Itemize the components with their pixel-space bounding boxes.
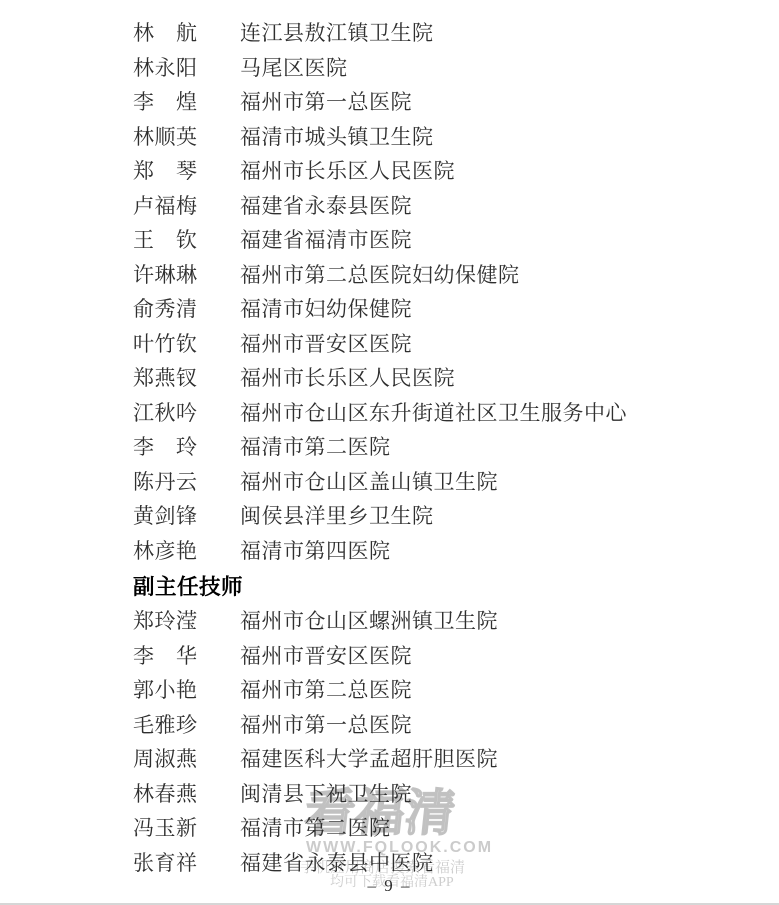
organization-name: 福州市第一总医院 [240, 709, 412, 739]
roster-row: 周淑燕 福建医科大学孟超肝胆医院 [0, 741, 779, 776]
roster-row: 叶竹钦 福州市晋安区医院 [0, 326, 779, 361]
organization-name: 福建省福清市医院 [240, 224, 412, 254]
roster-row: 郑燕钗 福州市长乐区人民医院 [0, 360, 779, 395]
organization-name: 福清市城头镇卫生院 [240, 121, 434, 151]
organization-name: 福州市仓山区东升街道社区卫生服务中心 [240, 397, 627, 427]
roster-row: 林顺英 福清市城头镇卫生院 [0, 119, 779, 154]
roster-row: 林彦艳 福清市第四医院 [0, 533, 779, 568]
organization-name: 福建医科大学孟超肝胆医院 [240, 743, 498, 773]
roster-row: 王 钦 福建省福清市医院 [0, 222, 779, 257]
roster-row: 江秋吟 福州市仓山区东升街道社区卫生服务中心 [0, 395, 779, 430]
organization-name: 福州市仓山区螺洲镇卫生院 [240, 605, 498, 635]
roster-row: 张育祥 福建省永泰县中医院 [0, 845, 779, 880]
person-name: 林顺英 [133, 121, 240, 151]
person-name: 郭小艳 [133, 674, 240, 704]
person-name: 张育祥 [133, 847, 240, 877]
roster-row: 毛雅珍 福州市第一总医院 [0, 707, 779, 742]
organization-name: 福州市第一总医院 [240, 86, 412, 116]
organization-name: 福建省永泰县医院 [240, 190, 412, 220]
person-name: 郑 琴 [133, 155, 240, 185]
roster-row: 郑 琴 福州市长乐区人民医院 [0, 153, 779, 188]
roster-row: 林 航 连江县敖江镇卫生院 [0, 15, 779, 50]
person-name: 郑燕钗 [133, 362, 240, 392]
person-name: 黄剑锋 [133, 500, 240, 530]
organization-name: 福清市第四医院 [240, 535, 391, 565]
person-name: 陈丹云 [133, 466, 240, 496]
organization-name: 闽侯县洋里乡卫生院 [240, 500, 434, 530]
roster-row: 黄剑锋 闽侯县洋里乡卫生院 [0, 498, 779, 533]
roster-row: 李 煌 福州市第一总医院 [0, 84, 779, 119]
organization-name: 福清市第二医院 [240, 431, 391, 461]
section-heading: 副主任技师 [133, 570, 243, 601]
organization-name: 福州市长乐区人民医院 [240, 362, 455, 392]
person-name: 李 华 [133, 640, 240, 670]
roster-row: 冯玉新 福清市第二医院 [0, 810, 779, 845]
roster-row: 卢福梅 福建省永泰县医院 [0, 188, 779, 223]
organization-name: 连江县敖江镇卫生院 [240, 17, 434, 47]
person-name: 卢福梅 [133, 190, 240, 220]
organization-name: 福州市第二总医院 [240, 674, 412, 704]
roster-row: 林永阳 马尾区医院 [0, 50, 779, 85]
person-name: 林永阳 [133, 52, 240, 82]
roster-row: 许琳琳 福州市第二总医院妇幼保健院 [0, 257, 779, 292]
person-name: 林彦艳 [133, 535, 240, 565]
person-name: 俞秀清 [133, 293, 240, 323]
person-name: 毛雅珍 [133, 709, 240, 739]
organization-name: 福州市长乐区人民医院 [240, 155, 455, 185]
roster-row: 郭小艳 福州市第二总医院 [0, 672, 779, 707]
page-number: – 9 – [0, 876, 779, 896]
organization-name: 福州市第二总医院妇幼保健院 [240, 259, 520, 289]
roster-row: 林春燕 闽清县下祝卫生院 [0, 776, 779, 811]
person-name: 王 钦 [133, 224, 240, 254]
organization-name: 福清市妇幼保健院 [240, 293, 412, 323]
person-name: 林春燕 [133, 778, 240, 808]
organization-name: 福建省永泰县中医院 [240, 847, 434, 877]
person-name: 林 航 [133, 17, 240, 47]
organization-name: 福州市晋安区医院 [240, 328, 412, 358]
section-heading-row: 副主任技师 [0, 567, 779, 603]
person-name: 郑玲滢 [133, 605, 240, 635]
person-name: 许琳琳 [133, 259, 240, 289]
roster-row: 李 玲 福清市第二医院 [0, 429, 779, 464]
roster-row: 李 华 福州市晋安区医院 [0, 638, 779, 673]
organization-name: 福清市第二医院 [240, 812, 391, 842]
organization-name: 福州市仓山区盖山镇卫生院 [240, 466, 498, 496]
roster-row: 俞秀清 福清市妇幼保健院 [0, 291, 779, 326]
person-name: 李 玲 [133, 431, 240, 461]
roster-row: 郑玲滢 福州市仓山区螺洲镇卫生院 [0, 603, 779, 638]
person-name: 冯玉新 [133, 812, 240, 842]
person-name: 叶竹钦 [133, 328, 240, 358]
organization-name: 福州市晋安区医院 [240, 640, 412, 670]
organization-name: 马尾区医院 [240, 52, 348, 82]
person-name: 江秋吟 [133, 397, 240, 427]
person-name: 李 煌 [133, 86, 240, 116]
person-name: 周淑燕 [133, 743, 240, 773]
document-page: 林 航 连江县敖江镇卫生院 林永阳 马尾区医院 李 煌 福州市第一总医院 林顺英… [0, 0, 779, 905]
organization-name: 闽清县下祝卫生院 [240, 778, 412, 808]
roster-list: 林 航 连江县敖江镇卫生院 林永阳 马尾区医院 李 煌 福州市第一总医院 林顺英… [0, 0, 779, 879]
roster-row: 陈丹云 福州市仓山区盖山镇卫生院 [0, 464, 779, 499]
